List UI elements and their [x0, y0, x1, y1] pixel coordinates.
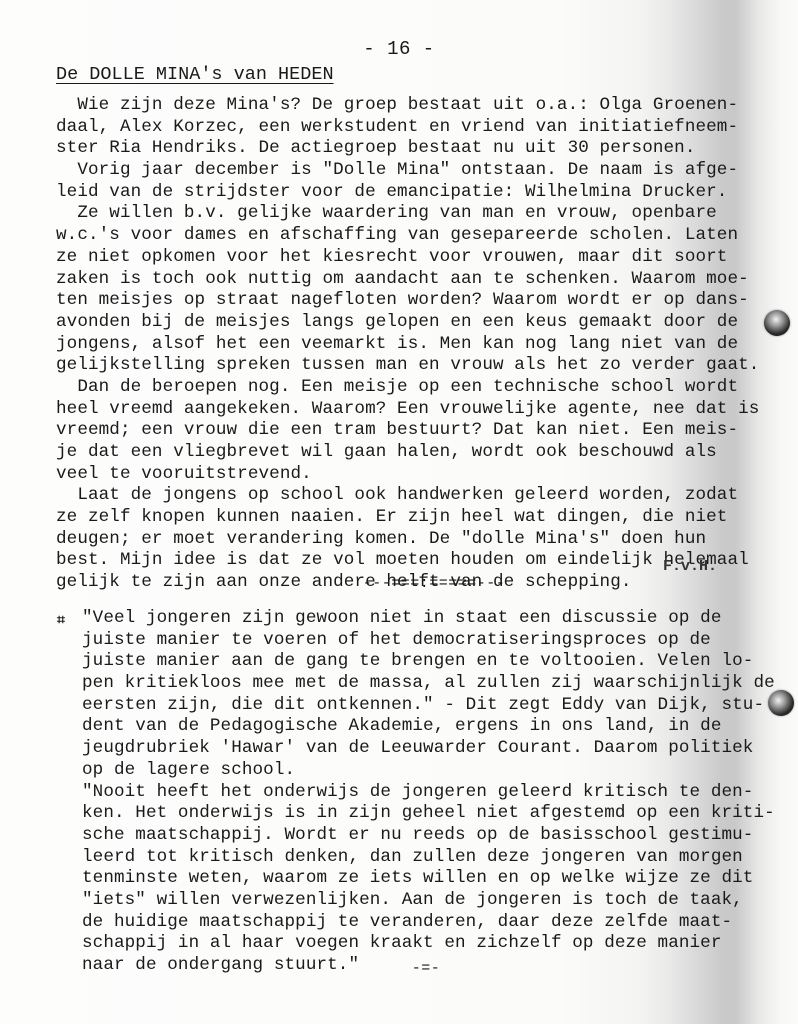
text-line: Ze willen b.v. gelijke waardering van ma…: [56, 203, 759, 225]
text-line: je dat een vliegbrevet wil gaan halen, w…: [56, 442, 759, 464]
text-line: ster Ria Hendriks. De actiegroep bestaat…: [56, 138, 759, 160]
text-line: dent van de Pedagogische Akademie, ergen…: [82, 716, 775, 738]
scanned-page: - 16 - De DOLLE MINA's van HEDEN Wie zij…: [0, 0, 798, 1024]
text-line: ten meisjes op straat nagefloten worden?…: [56, 290, 759, 312]
text-line: tenminste weten, waarom ze iets willen e…: [82, 868, 775, 890]
text-line: eersten zijn, die dit ontkennen." - Dit …: [82, 695, 775, 717]
text-line: daal, Alex Korzec, een werkstudent en vr…: [56, 117, 759, 139]
text-line: de huidige maatschappij te veranderen, d…: [82, 912, 775, 934]
text-line: juiste manier aan de gang te brengen en …: [82, 651, 775, 673]
article-body-1: Wie zijn deze Mina's? De groep bestaat u…: [56, 95, 759, 594]
text-line: zaken is toch ook nuttig om aandacht aan…: [56, 269, 759, 291]
text-line: w.c.'s voor dames en afschaffing van ges…: [56, 225, 759, 247]
text-line: veel te vooruitstrevend.: [56, 464, 759, 486]
text-line: schappij in al haar voegen kraakt en zic…: [82, 933, 775, 955]
text-line: sche maatschappij. Wordt er nu reeds op …: [82, 825, 775, 847]
text-line: Dan de beroepen nog. Een meisje op een t…: [56, 377, 759, 399]
text-line: jongens, alsof het een veemarkt is. Men …: [56, 334, 759, 356]
text-line: best. Mijn idee is dat ze vol moeten hou…: [56, 550, 759, 572]
text-line: ze zelf knopen kunnen naaien. Er zijn he…: [56, 507, 759, 529]
text-line: "Veel jongeren zijn gewoon niet in staat…: [82, 608, 775, 630]
text-line: ze niet opkomen voor het kiesrecht voor …: [56, 247, 759, 269]
punch-hole-icon: [768, 690, 794, 716]
end-divider: -=-: [27, 960, 798, 977]
text-line: ken. Het onderwijs is in zijn geheel nie…: [82, 803, 775, 825]
punch-hole-icon: [759, 305, 795, 341]
text-line: leerd tot kritisch denken, dan zullen de…: [82, 847, 775, 869]
article-title: De DOLLE MINA's van HEDEN: [56, 64, 334, 85]
text-line: gelijkstelling spreken tussen man en vro…: [56, 355, 759, 377]
article-body-2: "Veel jongeren zijn gewoon niet in staat…: [82, 608, 775, 977]
page-number: - 16 -: [0, 38, 798, 60]
text-line: jeugdrubriek 'Hawar' van de Leeuwarder C…: [82, 738, 775, 760]
bullet-marker-icon: ⌗: [57, 613, 65, 629]
text-line: heel vreemd aangekeken. Waarom? Een vrou…: [56, 399, 759, 421]
text-line: Wie zijn deze Mina's? De groep bestaat u…: [56, 95, 759, 117]
text-line: "Nooit heeft het onderwijs de jongeren g…: [82, 782, 775, 804]
text-line: Vorig jaar december is "Dolle Mina" onts…: [56, 160, 759, 182]
text-line: leid van de strijdster voor de emancipat…: [56, 182, 759, 204]
text-line: op de lagere school.: [82, 760, 775, 782]
text-line: juiste manier te voeren of het democrati…: [82, 630, 775, 652]
text-line: pen kritiekloos mee met de massa, al zul…: [82, 673, 775, 695]
text-line: deugen; er moet verandering komen. De "d…: [56, 529, 759, 551]
text-line: vreemd; een vrouw die een tram bestuurt?…: [56, 420, 759, 442]
author-signature: F.v.H.: [663, 558, 717, 575]
text-line: avonden bij de meisjes langs gelopen en …: [56, 312, 759, 334]
text-line: "iets" willen verwezenlijken. Aan de jon…: [82, 890, 775, 912]
section-divider: ---===:=====---: [35, 575, 798, 592]
text-line: Laat de jongens op school ook handwerken…: [56, 485, 759, 507]
